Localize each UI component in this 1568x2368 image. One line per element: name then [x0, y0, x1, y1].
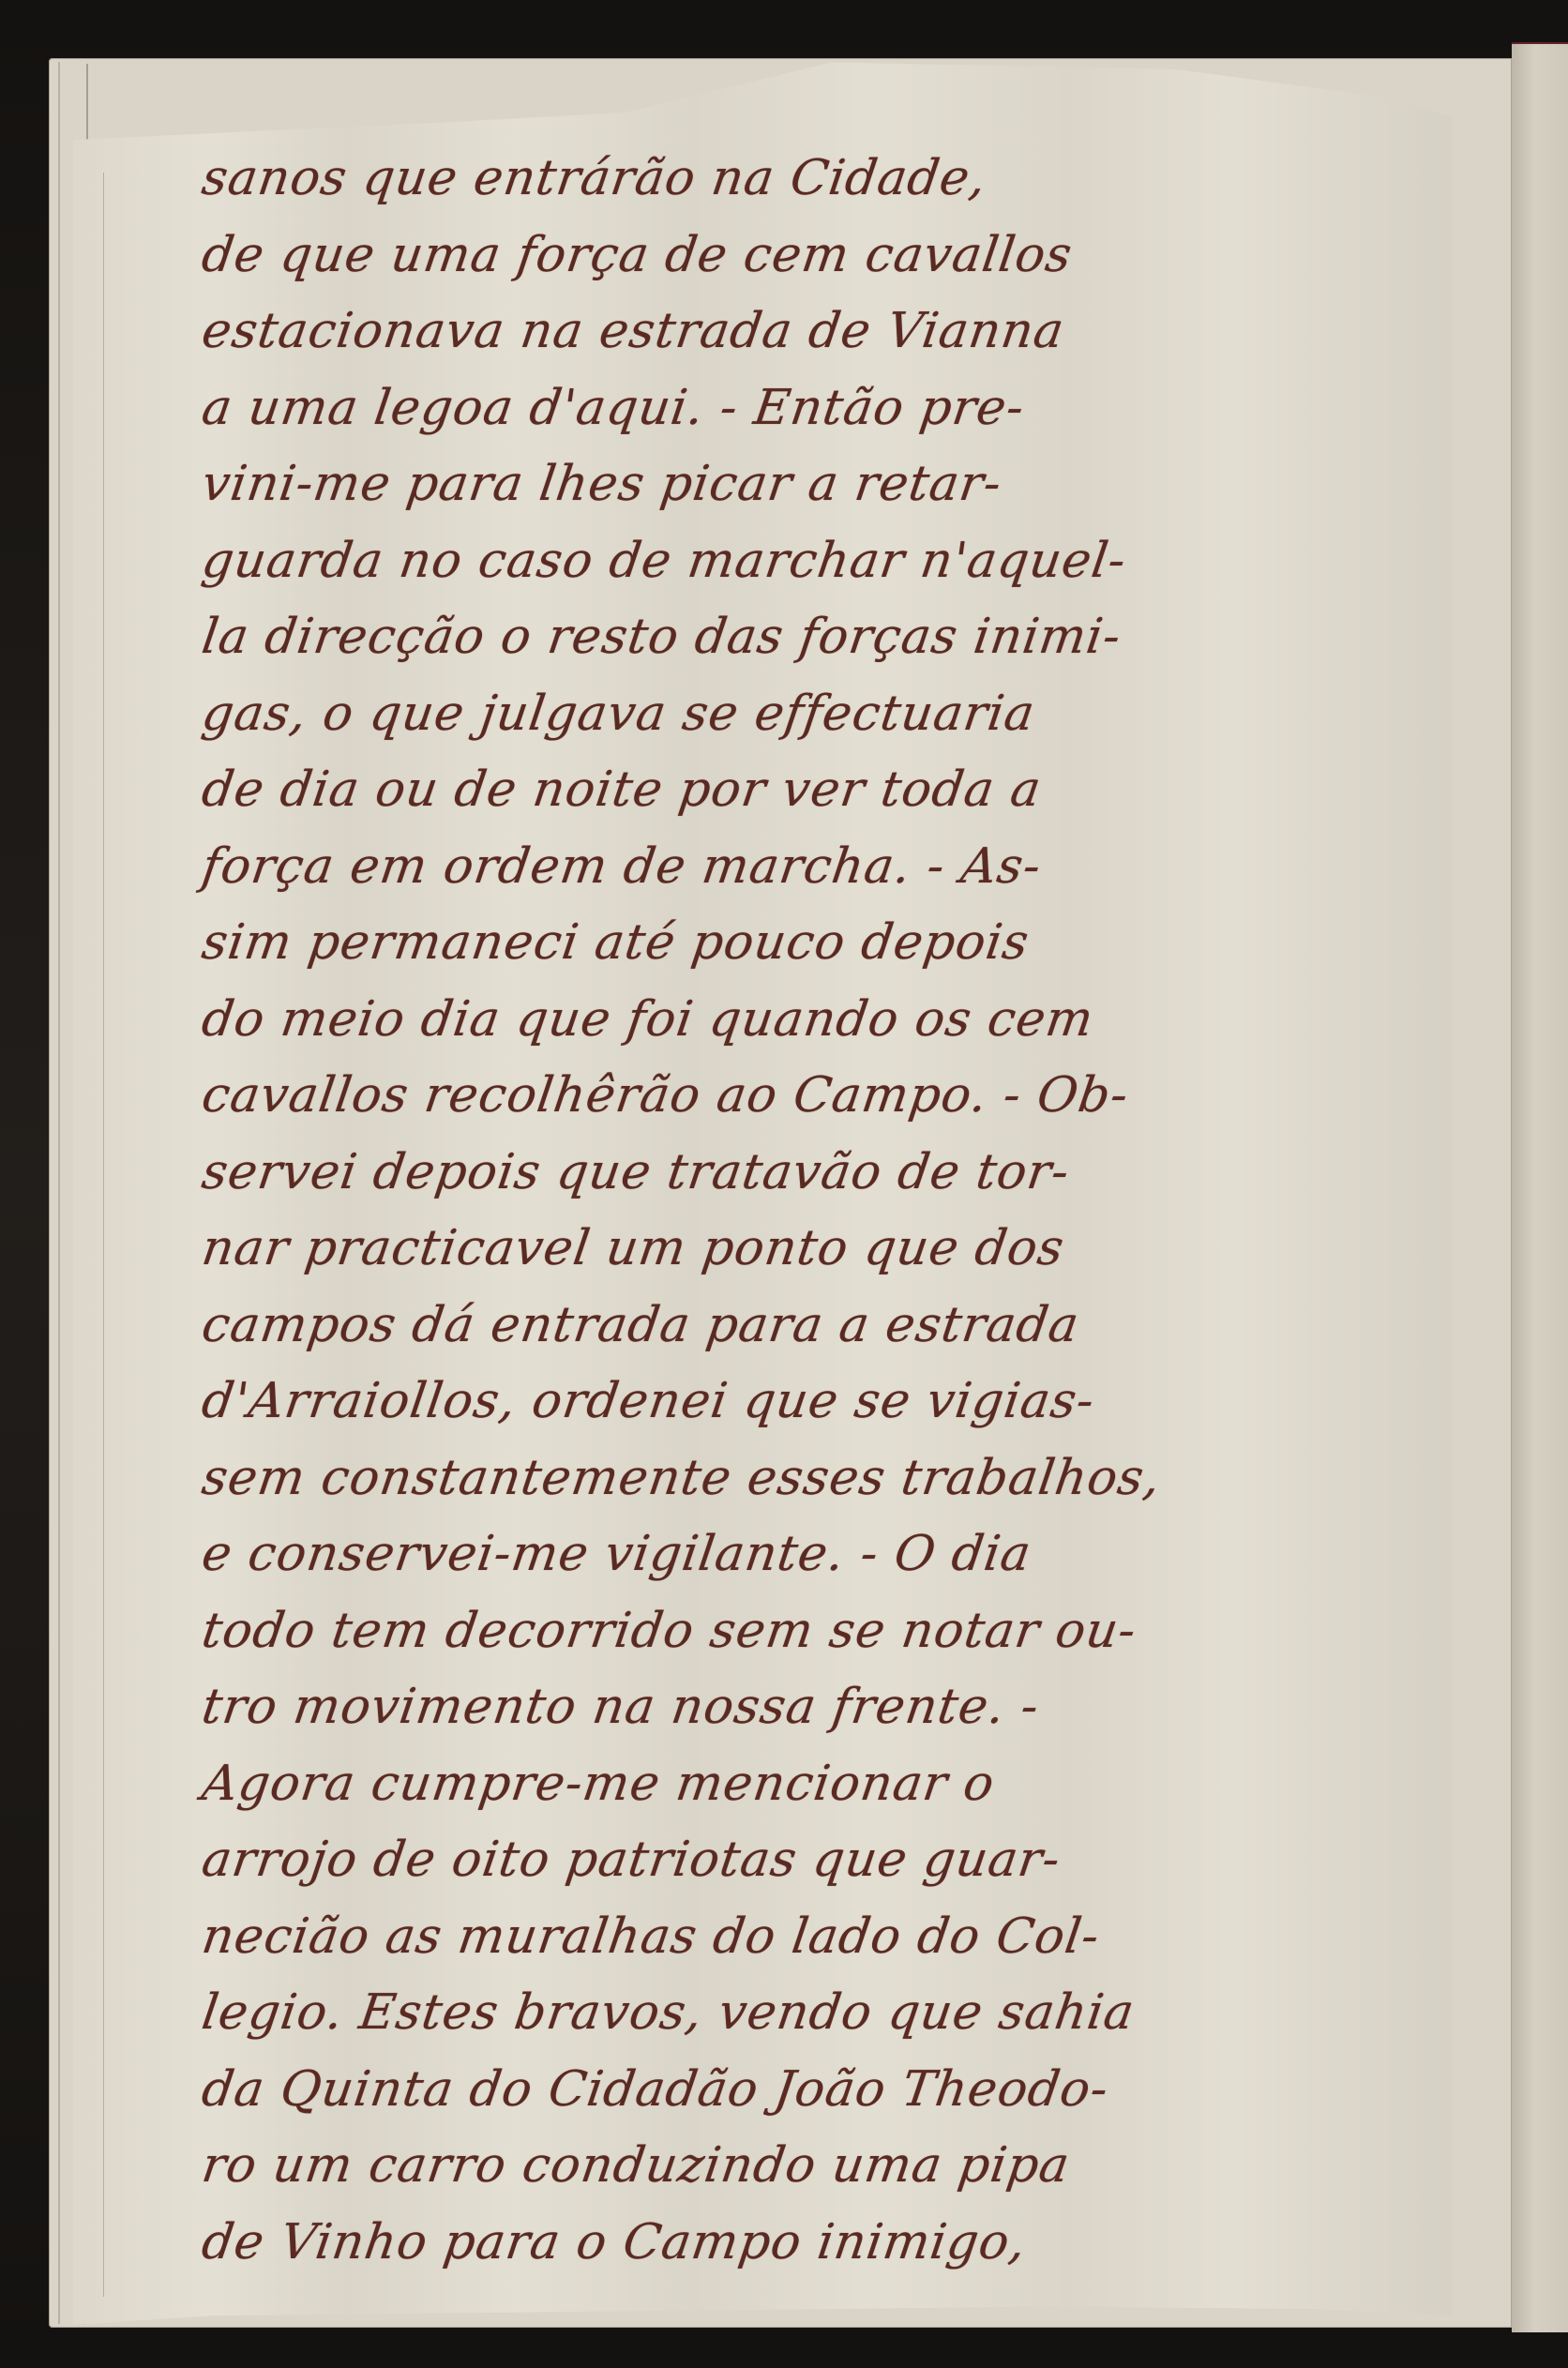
text-line: sanos que entrárão na Cidade,: [197, 141, 1380, 218]
facing-page-edge: [1512, 42, 1568, 2332]
text-line: força em ordem de marcha. - As-: [197, 829, 1380, 906]
text-line: legio. Estes bravos, vendo que sahia: [197, 1975, 1380, 2052]
text-line: de que uma força de cem cavallos: [197, 218, 1380, 294]
text-line: gas, o que julgava se effectuaria: [197, 676, 1380, 753]
text-line: la direcção o resto das forças inimi-: [197, 599, 1380, 676]
handwritten-text-block: sanos que entrárão na Cidade, de que uma…: [197, 141, 1369, 2281]
text-line: a uma legoa d'aqui. - Então pre-: [197, 370, 1380, 447]
text-line: necião as muralhas do lado do Col-: [197, 1899, 1380, 1976]
text-line: cavallos recolhêrão ao Campo. - Ob-: [197, 1058, 1380, 1135]
text-line: todo tem decorrido sem se notar ou-: [197, 1593, 1380, 1670]
text-line: do meio dia que foi quando os cem: [197, 982, 1380, 1059]
text-line: arrojo de oito patriotas que guar-: [197, 1822, 1380, 1899]
text-line: campos dá entrada para a estrada: [197, 1288, 1380, 1365]
text-line: da Quinta do Cidadão João Theodo-: [197, 2052, 1380, 2129]
text-line: de Vinho para o Campo inimigo,: [197, 2205, 1380, 2282]
margin-rule: [103, 173, 104, 2297]
text-line: e conservei-me vigilante. - O dia: [197, 1516, 1380, 1593]
text-line: tro movimento na nossa frente. -: [197, 1669, 1380, 1746]
text-line: sim permaneci até pouco depois: [197, 905, 1380, 982]
text-line: d'Arraiollos, ordenei que se vigias-: [197, 1364, 1380, 1440]
text-line: nar practicavel um ponto que dos: [197, 1211, 1380, 1288]
text-line: guarda no caso de marchar n'aquel-: [197, 523, 1380, 600]
text-line: Agora cumpre-me mencionar o: [197, 1746, 1380, 1823]
text-line: ro um carro conduzindo uma pipa: [197, 2128, 1380, 2205]
text-line: de dia ou de noite por ver toda a: [197, 752, 1380, 829]
text-line: estacionava na estrada de Vianna: [197, 294, 1380, 370]
text-line: vini-me para lhes picar a retar-: [197, 446, 1380, 523]
text-line: servei depois que tratavão de tor-: [197, 1135, 1380, 1212]
text-line: sem constantemente esses trabalhos,: [197, 1440, 1380, 1517]
